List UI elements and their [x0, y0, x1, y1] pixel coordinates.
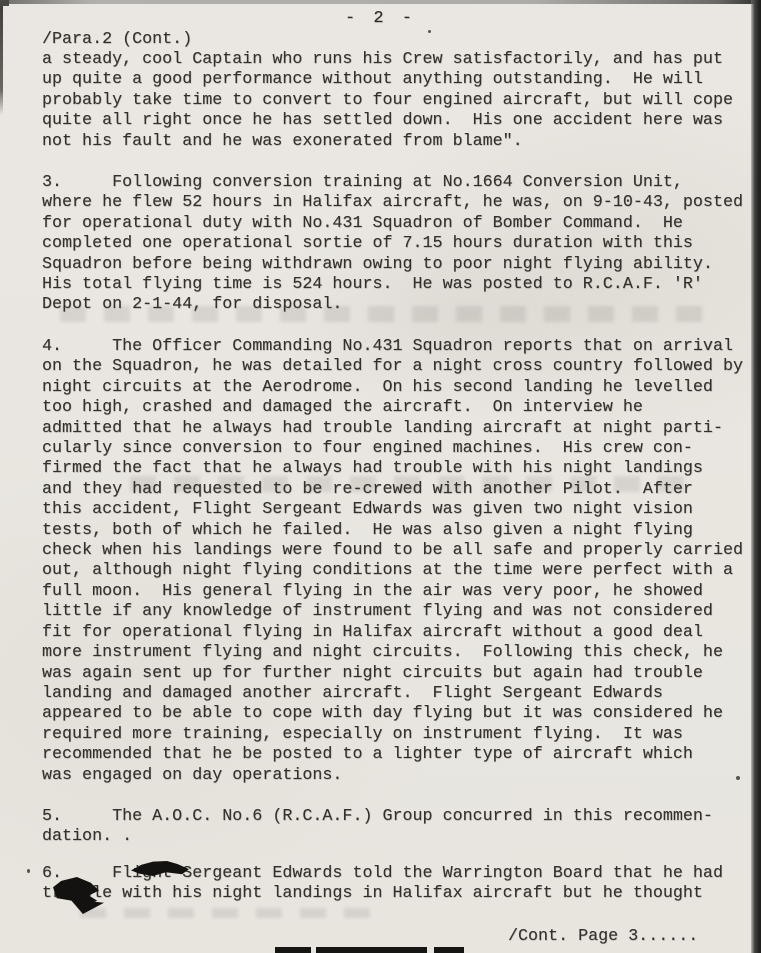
- scan-edge-right: [751, 0, 761, 953]
- bottom-black-bar: [316, 947, 427, 953]
- paper-speck: [428, 30, 431, 33]
- bleed-through-smudge: [80, 908, 380, 918]
- paragraph-5: 5. The A.O.C. No.6 (R.C.A.F.) Group conc…: [42, 807, 713, 848]
- page-number: - 2 -: [0, 9, 761, 28]
- document-page: - 2 - /Para.2 (Cont.) a steady, cool Cap…: [0, 0, 761, 953]
- paragraph-2-continuation: a steady, cool Captain who runs his Crew…: [42, 50, 733, 152]
- bottom-black-bar: [275, 947, 311, 953]
- footer-continuation: /Cont. Page 3......: [508, 927, 698, 947]
- para2-continuation-label: /Para.2 (Cont.): [42, 30, 192, 50]
- paragraph-4: 4. The Officer Commanding No.431 Squadro…: [42, 337, 743, 786]
- scan-corner-mark: [0, 0, 9, 6]
- paper-speck: [27, 869, 30, 873]
- scan-edge-top: [0, 0, 761, 4]
- paper-speck: [736, 776, 740, 780]
- bottom-black-bar: [434, 947, 464, 953]
- paragraph-3: 3. Following conversion training at No.1…: [42, 173, 743, 316]
